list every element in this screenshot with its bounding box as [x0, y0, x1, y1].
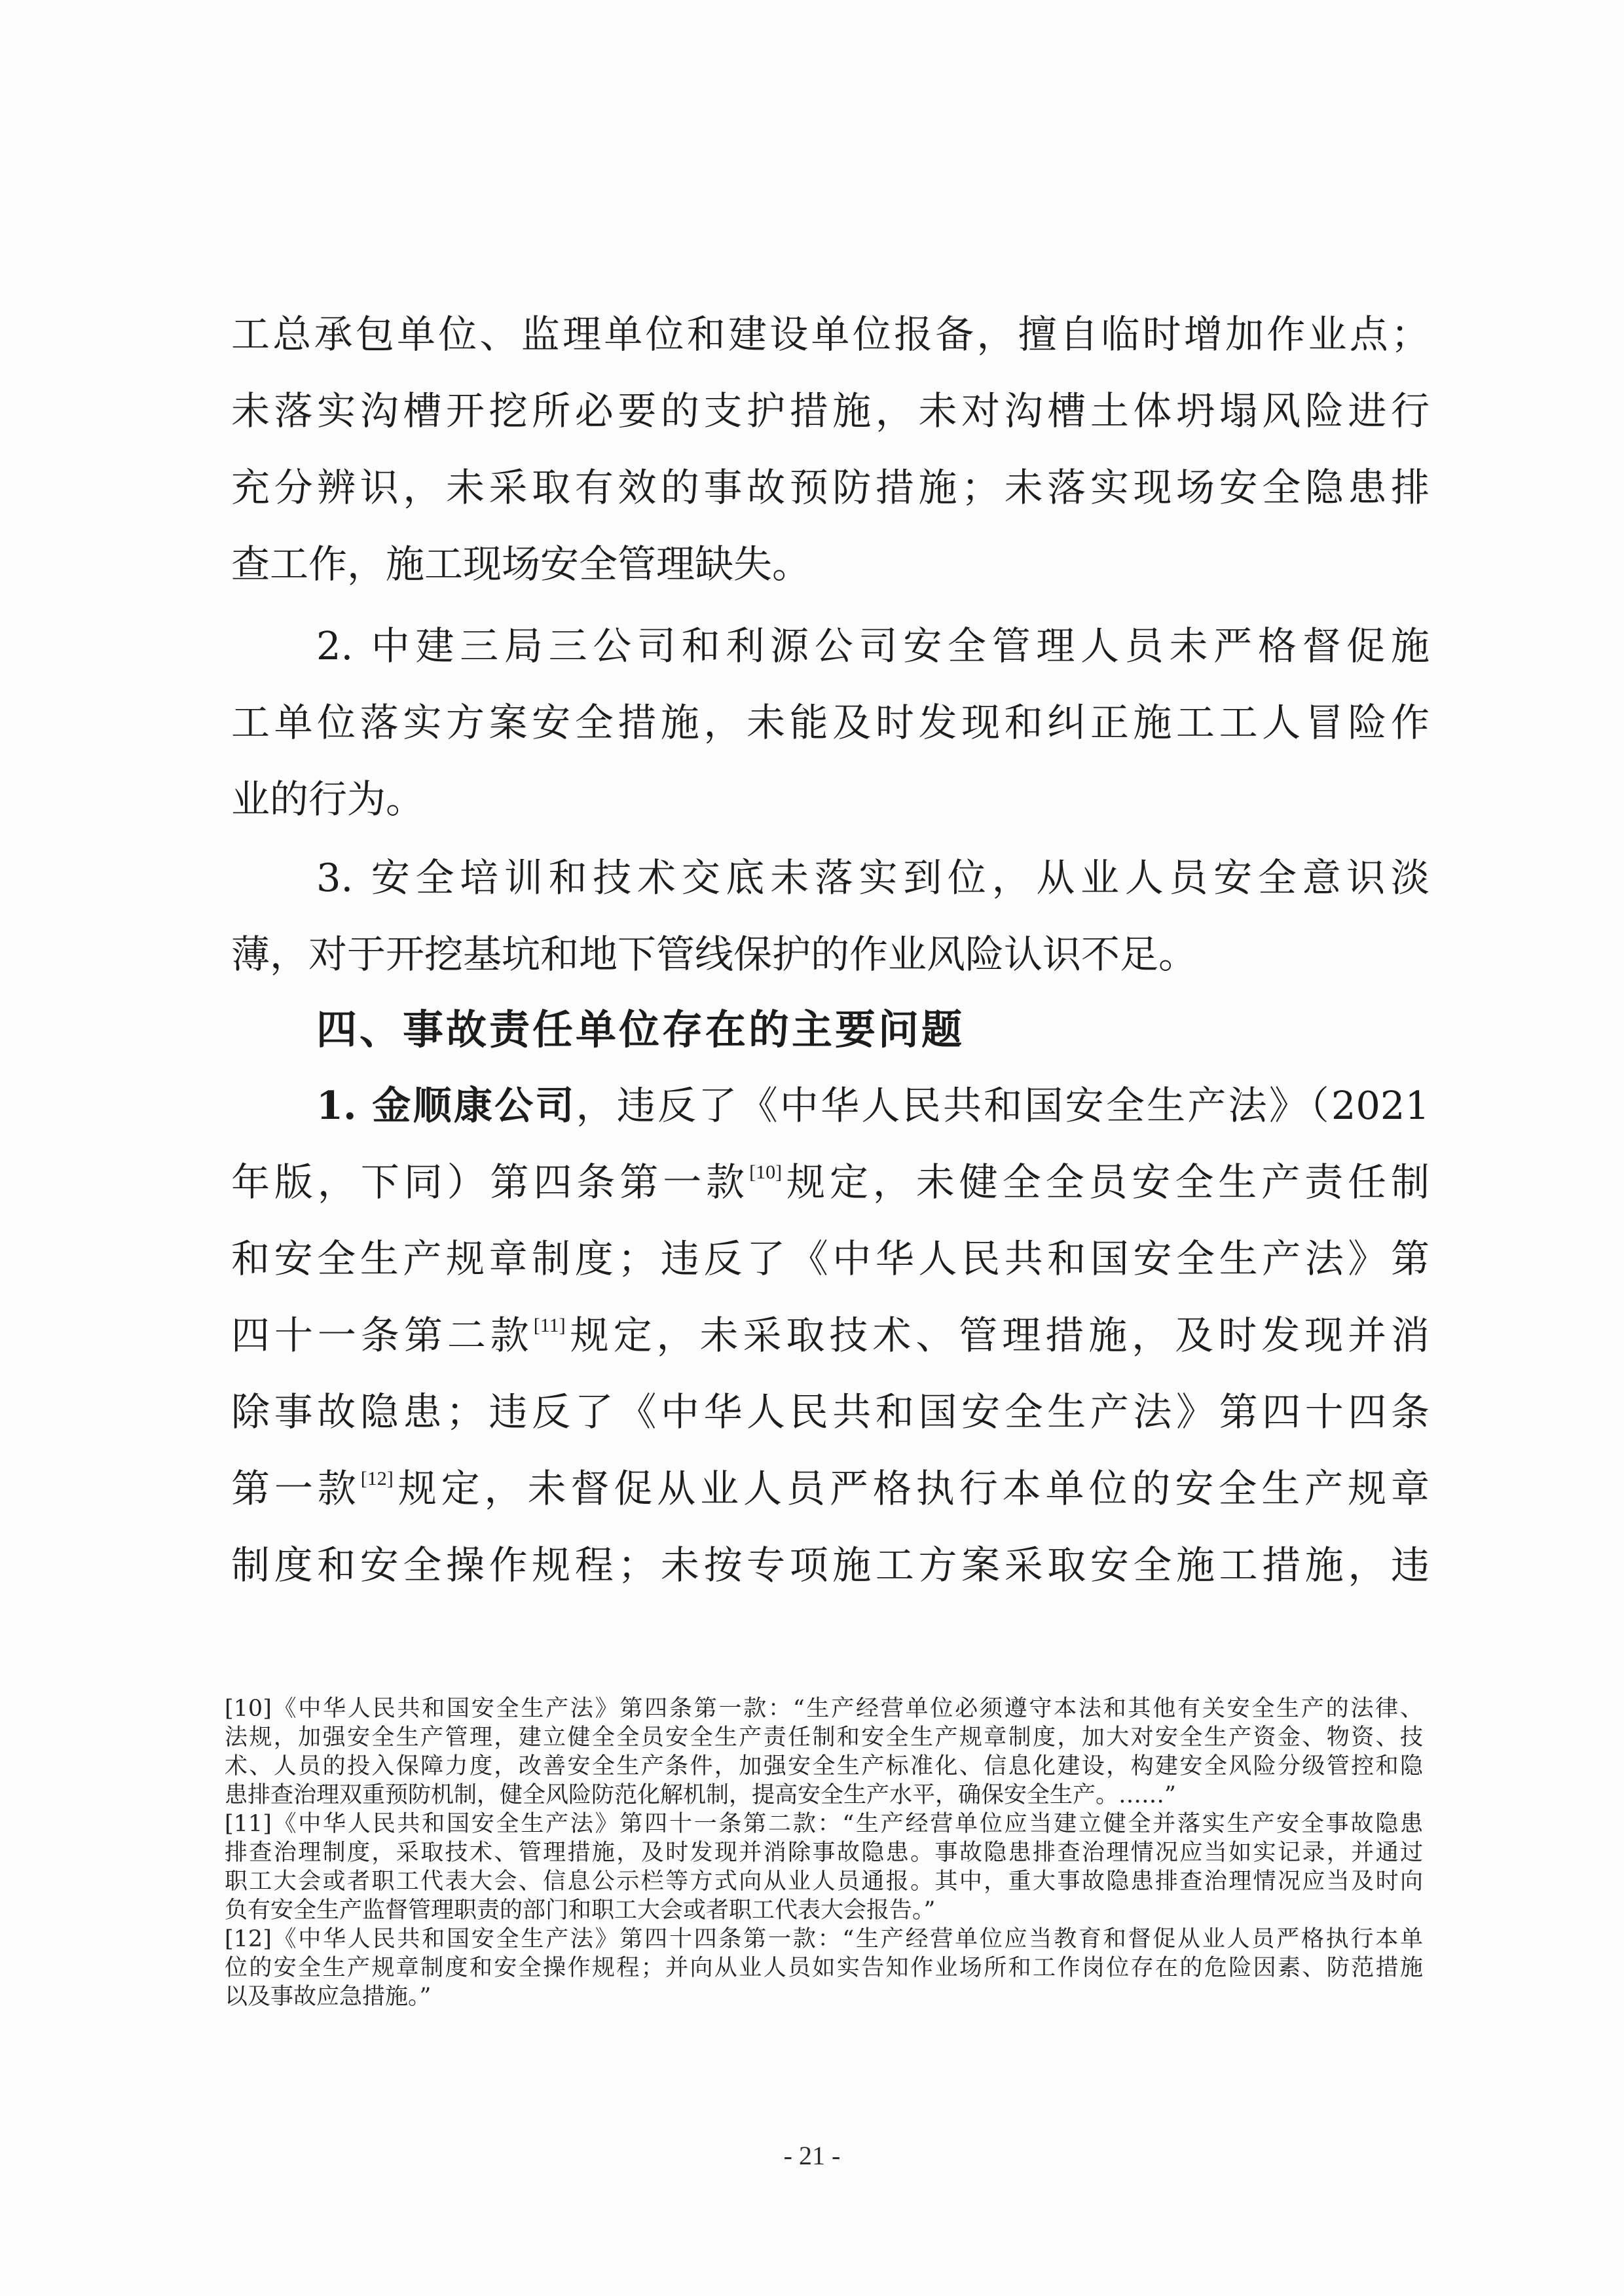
footnote-ref-12[interactable]: [12] — [361, 1468, 394, 1489]
unit-1-text: 规定，未采取技术、管理措施，及时发现并消 — [566, 1313, 1430, 1358]
unit-1-text: 年版，下同）第四条第一款 — [231, 1159, 749, 1205]
unit-1-text: 规定，未健全全员安全生产责任制 — [782, 1159, 1430, 1205]
footnote-12-line: 以及事故应急措施。” — [225, 1982, 1423, 2011]
body-text-line: 查工作，施工现场安全管理缺失。 — [231, 541, 1430, 587]
body-text-line: 未落实沟槽开挖所必要的支护措施，未对沟槽土体坍塌风险进行 — [231, 388, 1430, 434]
footnote-11-line: 职工大会或者职工代表大会、信息公示栏等方式向从业人员通报。其中，重大事故隐患排查… — [225, 1867, 1423, 1896]
list-item-2-line: 业的行为。 — [231, 776, 1430, 822]
list-item-3-line: 3. 安全培训和技术交底未落实到位，从业人员安全意识淡 — [316, 855, 1430, 901]
footnote-ref-10[interactable]: [10] — [749, 1161, 782, 1183]
list-item-3-line: 薄，对于开挖基坑和地下管线保护的作业风险认识不足。 — [231, 932, 1430, 977]
document-page: 工总承包单位、监理单位和建设单位报备，擅自临时增加作业点； 未落实沟槽开挖所必要… — [0, 0, 1624, 2296]
footnote-12-line: [12]《中华人民共和国安全生产法》第四十四条第一款：“生产经营单位应当教育和督… — [225, 1925, 1423, 1954]
body-text-line: 工总承包单位、监理单位和建设单位报备，擅自临时增加作业点； — [231, 312, 1430, 357]
footnote-ref-11[interactable]: [11] — [534, 1315, 566, 1336]
section-heading: 四、事故责任单位存在的主要问题 — [316, 1006, 965, 1054]
footnote-11-line: [11]《中华人民共和国安全生产法》第四十一条第二款：“生产经营单位应当建立健全… — [225, 1810, 1423, 1838]
unit-1-text: 第一款 — [231, 1466, 361, 1511]
unit-1-line: 除事故隐患；违反了《中华人民共和国安全生产法》第四十四条 — [231, 1389, 1430, 1435]
list-item-2-line: 2. 中建三局三公司和利源公司安全管理人员未严格督促施 — [316, 623, 1430, 669]
unit-1-lead: 1. 金顺康公司 — [316, 1083, 576, 1128]
footnote-10-line: 患排查治理双重预防机制，健全风险防范化解机制，提高安全生产水平，确保安全生产。…… — [225, 1781, 1423, 1810]
unit-1-line: 第一款[12]规定，未督促从业人员严格执行本单位的安全生产规章 — [231, 1466, 1430, 1512]
body-text-line: 充分辨识，未采取有效的事故预防措施；未落实现场安全隐患排 — [231, 465, 1430, 511]
unit-1-line: 和安全生产规章制度；违反了《中华人民共和国安全生产法》第 — [231, 1236, 1430, 1282]
unit-1-line: 四十一条第二款[11]规定，未采取技术、管理措施，及时发现并消 — [231, 1313, 1430, 1358]
unit-1-text: ，违反了《中华人民共和国安全生产法》（2021 — [576, 1083, 1430, 1128]
unit-1-text: 规定，未督促从业人员严格执行本单位的安全生产规章 — [394, 1466, 1430, 1511]
footnote-10-line: 法规，加强安全生产管理，建立健全全员安全生产责任制和安全生产规章制度，加大对安全… — [225, 1723, 1423, 1752]
unit-1-line: 1. 金顺康公司，违反了《中华人民共和国安全生产法》（2021 — [316, 1083, 1430, 1129]
unit-1-line: 年版，下同）第四条第一款[10]规定，未健全全员安全生产责任制 — [231, 1159, 1430, 1205]
footnote-10-line: [10]《中华人民共和国安全生产法》第四条第一款：“生产经营单位必须遵守本法和其… — [225, 1694, 1423, 1723]
page-number: - 21 - — [747, 2140, 877, 2172]
footnote-11-line: 负有安全生产监督管理职责的部门和职工大会或者职工代表大会报告。” — [225, 1896, 1423, 1925]
footnote-11-line: 排查治理制度，采取技术、管理措施，及时发现并消除事故隐患。事故隐患排查治理情况应… — [225, 1838, 1423, 1867]
footnote-12-line: 位的安全生产规章制度和安全操作规程；并向从业人员如实告知作业场所和工作岗位存在的… — [225, 1954, 1423, 1982]
list-item-2-line: 工单位落实方案安全措施，未能及时发现和纠正施工工人冒险作 — [231, 700, 1430, 746]
unit-1-line: 制度和安全操作规程；未按专项施工方案采取安全施工措施，违 — [231, 1542, 1430, 1588]
footnote-10-line: 术、人员的投入保障力度，改善安全生产条件，加强安全生产标准化、信息化建设，构建安… — [225, 1752, 1423, 1781]
unit-1-text: 四十一条第二款 — [231, 1313, 534, 1358]
